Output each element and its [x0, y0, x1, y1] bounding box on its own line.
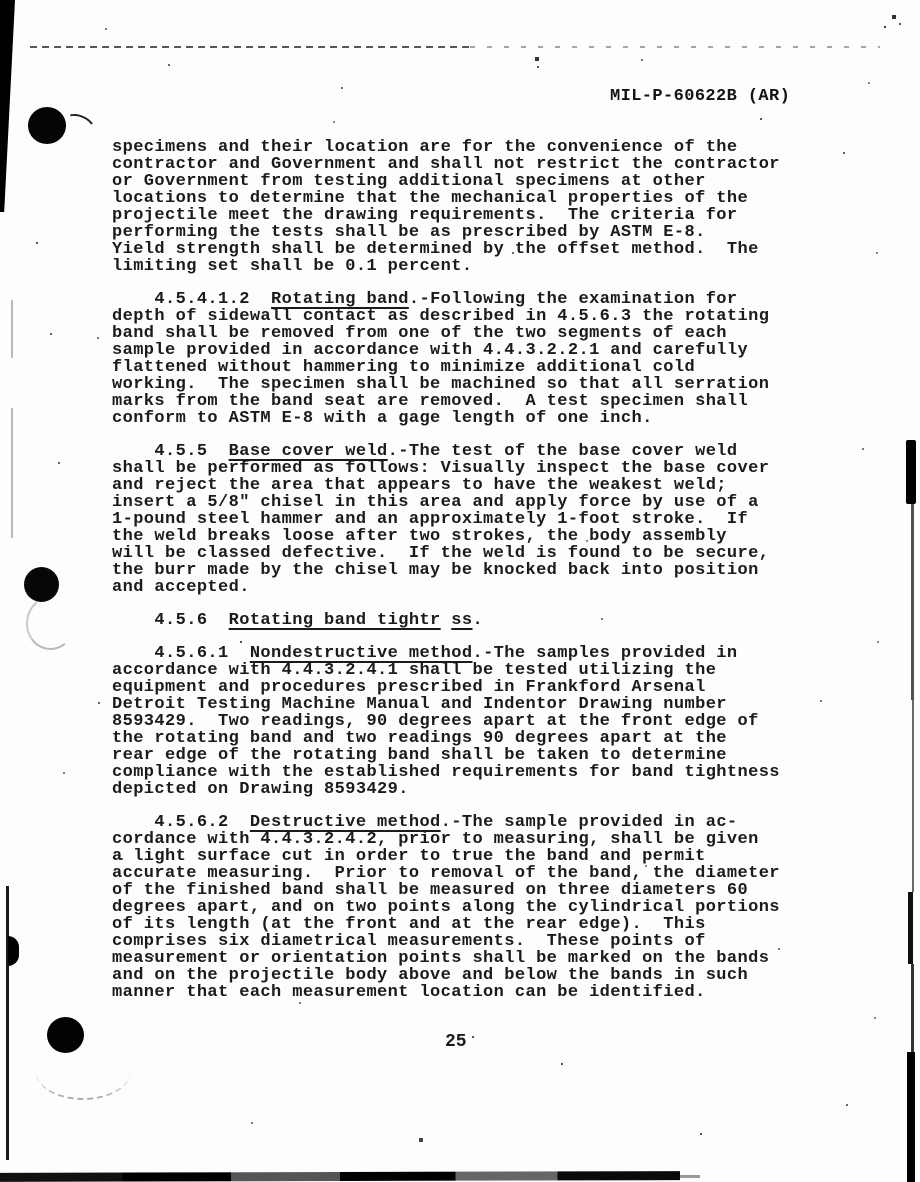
- text-line: comprises six diametrical measurements. …: [112, 933, 832, 950]
- scan-edge-artifact: [0, 1171, 680, 1182]
- text-line: measurement or orientation points shall …: [112, 950, 832, 967]
- text-line: 4.5.6.1 Nondestructive method.-The sampl…: [112, 645, 832, 662]
- text-run: manner that each measurement location ca…: [112, 983, 706, 1002]
- text-line: or Government from testing additional sp…: [112, 173, 832, 190]
- text-line: Yield strength shall be determined by th…: [112, 241, 832, 258]
- text-run: .: [473, 611, 484, 630]
- text-run: [441, 611, 452, 630]
- text-line: and on the projectile body above and bel…: [112, 967, 832, 984]
- scan-smudge: [22, 593, 79, 653]
- page-number: 25: [445, 1032, 467, 1052]
- scan-edge-artifact: [11, 300, 13, 358]
- scan-noise-specks: [0, 0, 2, 2]
- text-line: the burr made by the chisel may be knock…: [112, 562, 832, 579]
- text-line: shall be performed as follows: Visually …: [112, 460, 832, 477]
- scan-edge-artifact: [911, 504, 914, 700]
- paragraph: 4.5.6.2 Destructive method.-The sample p…: [112, 814, 832, 1001]
- document-text-block: specimens and their location are for the…: [112, 139, 832, 1017]
- text-line: 4.5.6 Rotating band tightr ss.: [112, 612, 832, 629]
- text-line: manner that each measurement location ca…: [112, 984, 832, 1001]
- text-line: and reject the area that appears to have…: [112, 477, 832, 494]
- text-line: equipment and procedures prescribed in F…: [112, 679, 832, 696]
- text-run: 4.5.6: [112, 611, 229, 630]
- text-line: specimens and their location are for the…: [112, 139, 832, 156]
- text-line: will be classed defective. If the weld i…: [112, 545, 832, 562]
- paragraph: 4.5.6.1 Nondestructive method.-The sampl…: [112, 645, 832, 798]
- text-line: and accepted.: [112, 579, 832, 596]
- scan-edge-artifact: [912, 700, 914, 892]
- scan-edge-artifact: [906, 440, 916, 504]
- scan-edge-artifact: [907, 1052, 915, 1182]
- paragraph: 4.5.6 Rotating band tightr ss.: [112, 612, 832, 629]
- text-line: conform to ASTM E-8 with a gage length o…: [112, 410, 832, 427]
- scan-smudge: [60, 110, 97, 141]
- scan-edge-artifact: [0, 0, 15, 212]
- scan-edge-artifact: [680, 1175, 700, 1178]
- text-line: the rotating band and two readings 90 de…: [112, 730, 832, 747]
- text-line: flattened without hammering to minimize …: [112, 359, 832, 376]
- scan-edge-artifact: [908, 892, 913, 964]
- text-line: compliance with the established requirem…: [112, 764, 832, 781]
- scan-edge-artifact: [8, 936, 19, 966]
- scan-smudge: [36, 1044, 130, 1100]
- text-line: cordance with 4.4.3.2.4.2, prior to meas…: [112, 831, 832, 848]
- text-line: sample provided in accordance with 4.4.3…: [112, 342, 832, 359]
- text-line: accurate measuring. Prior to removal of …: [112, 865, 832, 882]
- text-line: Detroit Testing Machine Manual and Inden…: [112, 696, 832, 713]
- text-line: 4.5.5 Base cover weld.-The test of the b…: [112, 443, 832, 460]
- text-line: 4.5.6.2 Destructive method.-The sample p…: [112, 814, 832, 831]
- text-line: accordance with 4.4.3.2.4.1 shall be tes…: [112, 662, 832, 679]
- text-line: projectile meet the drawing requirements…: [112, 207, 832, 224]
- text-line: limiting set shall be 0.1 percent.: [112, 258, 832, 275]
- text-line: insert a 5/8" chisel in this area and ap…: [112, 494, 832, 511]
- text-line: a light surface cut in order to true the…: [112, 848, 832, 865]
- paragraph: 4.5.5 Base cover weld.-The test of the b…: [112, 443, 832, 596]
- text-run: conform to ASTM E-8 with a gage length o…: [112, 409, 653, 428]
- text-line: 1-pound steel hammer and an approximatel…: [112, 511, 832, 528]
- document-page: MIL-P-60622B (AR) specimens and their lo…: [0, 0, 920, 1182]
- scan-edge-artifact: [911, 964, 914, 1052]
- hole-punch-mark: [28, 107, 66, 144]
- text-line: depicted on Drawing 8593429.: [112, 781, 832, 798]
- text-line: 4.5.4.1.2 Rotating band.-Following the e…: [112, 291, 832, 308]
- text-line: contractor and Government and shall not …: [112, 156, 832, 173]
- scan-dashed-line: [30, 46, 470, 48]
- paragraph: specimens and their location are for the…: [112, 139, 832, 275]
- text-line: 8593429. Two readings, 90 degrees apart …: [112, 713, 832, 730]
- text-line: of its length (at the front and at the r…: [112, 916, 832, 933]
- text-line: band shall be removed from one of the tw…: [112, 325, 832, 342]
- text-line: locations to determine that the mechanic…: [112, 190, 832, 207]
- paragraph: 4.5.4.1.2 Rotating band.-Following the e…: [112, 291, 832, 427]
- text-line: the weld breaks loose after two strokes,…: [112, 528, 832, 545]
- underlined-heading-text: Rotating band tightr: [229, 611, 441, 630]
- text-line: depth of sidewall contact as described i…: [112, 308, 832, 325]
- text-run: and accepted.: [112, 578, 250, 597]
- text-line: working. The specimen shall be machined …: [112, 376, 832, 393]
- underlined-heading-text: ss: [451, 611, 472, 630]
- text-line: degrees apart, and on two points along t…: [112, 899, 832, 916]
- text-line: marks from the band seat are removed. A …: [112, 393, 832, 410]
- scan-dashed-line: [470, 46, 880, 48]
- scan-edge-artifact: [11, 408, 13, 538]
- text-line: rear edge of the rotating band shall be …: [112, 747, 832, 764]
- text-line: of the finished band shall be measured o…: [112, 882, 832, 899]
- spec-number-header: MIL-P-60622B (AR): [610, 87, 790, 106]
- text-line: performing the tests shall be as prescri…: [112, 224, 832, 241]
- text-run: depicted on Drawing 8593429.: [112, 780, 409, 799]
- scan-edge-artifact: [6, 886, 9, 1160]
- text-run: limiting set shall be 0.1 percent.: [112, 257, 472, 276]
